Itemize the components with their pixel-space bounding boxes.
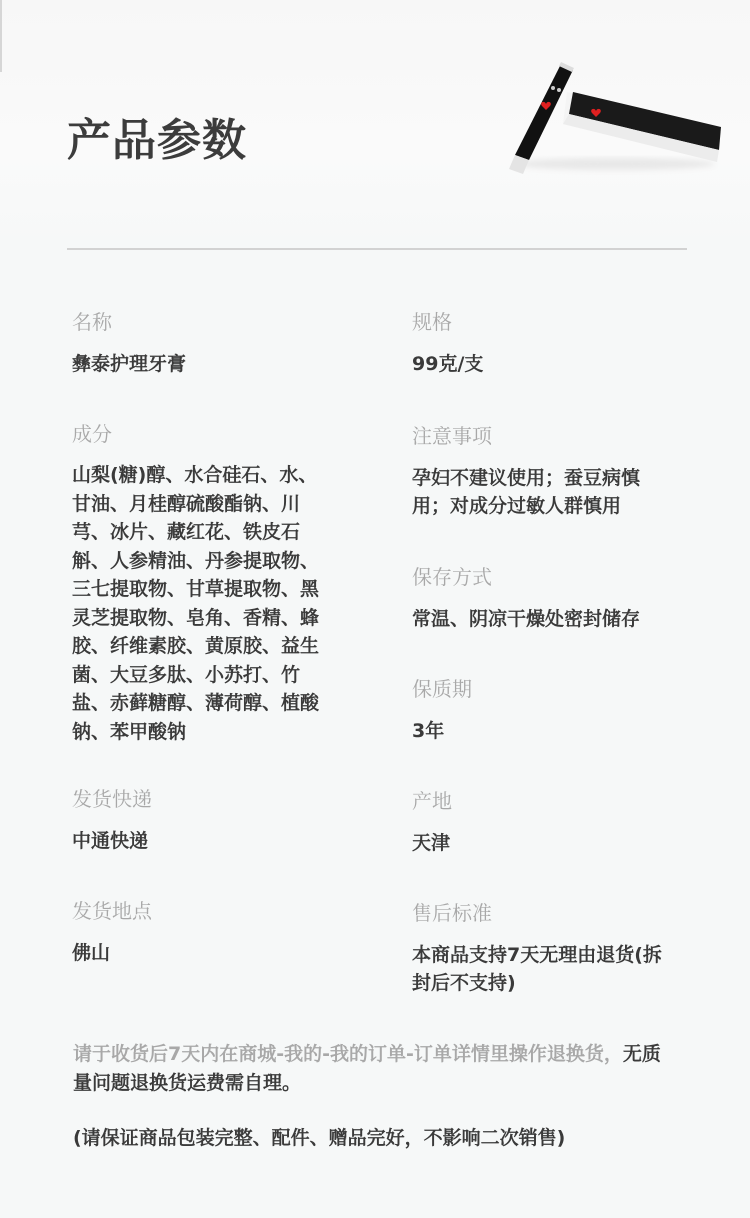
field-label: 售后标准 [412, 899, 677, 927]
field-value: 中通快递 [72, 827, 362, 855]
field-after-sales: 售后标准 本商品支持7天无理由退货(拆封后不支持) [412, 899, 677, 997]
field-origin: 产地 天津 [412, 787, 702, 857]
edge-divider [0, 0, 2, 72]
field-label: 发货快递 [72, 785, 362, 813]
field-courier: 发货快递 中通快递 [72, 785, 362, 855]
field-ship-from: 发货地点 佛山 [72, 897, 362, 967]
field-shelf-life: 保质期 3年 [412, 675, 702, 745]
field-value: 彝泰护理牙膏 [72, 350, 362, 378]
field-storage: 保存方式 常温、阴凉干燥处密封储存 [412, 563, 702, 633]
packaging-notice: (请保证商品包装完整、配件、赠品完好，不影响二次销售) [73, 1124, 693, 1153]
field-label: 产地 [412, 787, 702, 815]
field-ingredients: 成分 山梨(糖)醇、水合硅石、水、甘油、月桂醇硫酸酯钠、川芎、冰片、藏红花、铁皮… [72, 420, 334, 746]
field-precautions: 注意事项 孕妇不建议使用；蚕豆病慎用；对成分过敏人群慎用 [412, 422, 677, 520]
field-value: 99克/支 [412, 350, 702, 378]
field-value: 孕妇不建议使用；蚕豆病慎用；对成分过敏人群慎用 [412, 464, 677, 520]
field-name: 名称 彝泰护理牙膏 [72, 308, 362, 378]
title-divider [67, 248, 687, 250]
field-label: 规格 [412, 308, 702, 336]
field-value: 3年 [412, 717, 702, 745]
field-label: 保存方式 [412, 563, 702, 591]
field-value: 本商品支持7天无理由退货(拆封后不支持) [412, 941, 677, 997]
page-title: 产品参数 [67, 104, 247, 168]
return-policy-notice: 请于收货后7天内在商城-我的-我的订单-订单详情里操作退换货，无质量问题退换货运… [73, 1040, 673, 1098]
product-image-toothpaste [495, 52, 725, 177]
field-value: 常温、阴凉干燥处密封储存 [412, 605, 702, 633]
notice-instructions: 请于收货后7天内在商城-我的-我的订单-订单详情里操作退换货， [73, 1043, 623, 1065]
field-spec: 规格 99克/支 [412, 308, 702, 378]
field-value: 佛山 [72, 939, 362, 967]
field-label: 名称 [72, 308, 362, 336]
field-value: 天津 [412, 829, 702, 857]
field-label: 成分 [72, 420, 334, 448]
field-label: 保质期 [412, 675, 702, 703]
field-label: 注意事项 [412, 422, 677, 450]
field-label: 发货地点 [72, 897, 362, 925]
field-value: 山梨(糖)醇、水合硅石、水、甘油、月桂醇硫酸酯钠、川芎、冰片、藏红花、铁皮石斛、… [72, 461, 334, 746]
